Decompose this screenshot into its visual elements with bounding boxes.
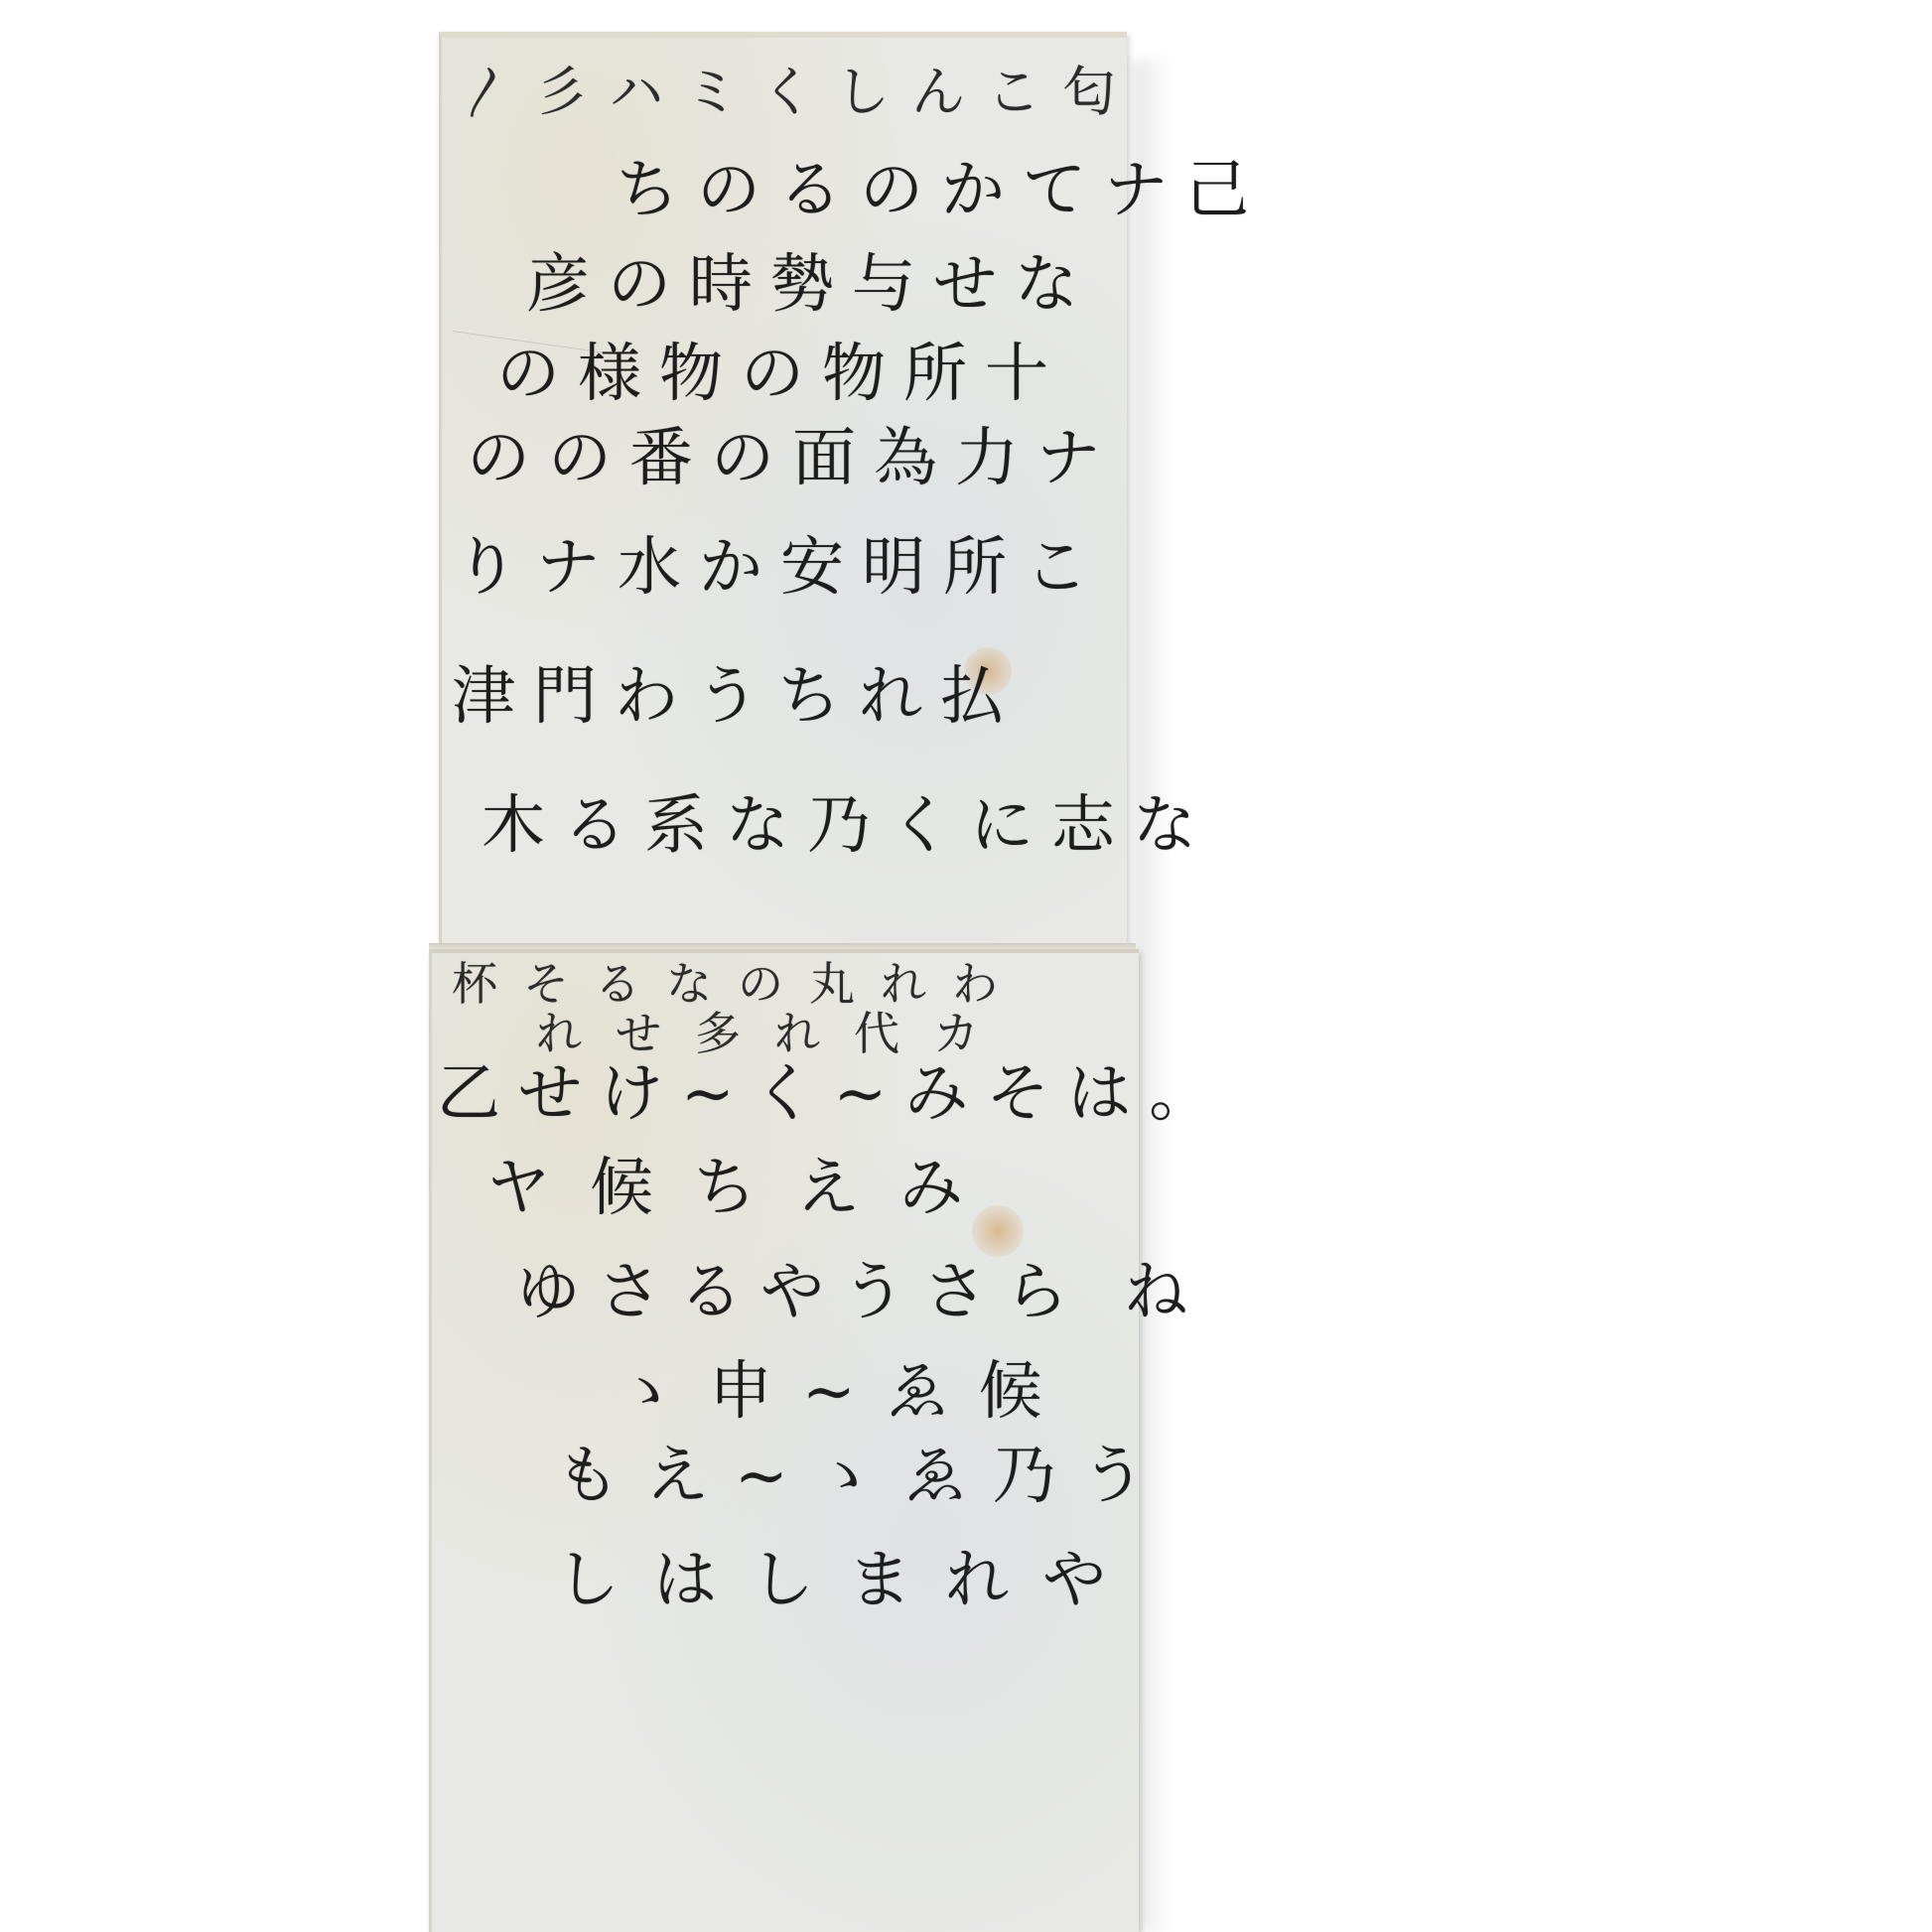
handwriting-row: ちのるのかてナ己 [616, 159, 1267, 222]
handwriting-row: のの番の面為力ナ [467, 427, 1118, 490]
handwriting-row: 木る系な乃くに志な [482, 794, 1214, 858]
handwriting-row: 杯そるなの丸れわ [452, 961, 1024, 1007]
handwriting-row: ヤ候ちえみ [486, 1157, 1003, 1220]
handwriting-row: 津門わうちれ払 [452, 665, 1022, 729]
handwriting-row: ゆさるやうさら ね [516, 1261, 1205, 1324]
handwriting-row: しはしまれや [556, 1549, 1140, 1612]
handwriting-row: 〳彡ハミくしんこ匂 [459, 66, 1138, 119]
handwriting-row: れせ多れ代カ [536, 1011, 1013, 1056]
handwriting-row: の様物の物所十 [496, 343, 1066, 406]
handwriting-row: りナ水か安明所こ [455, 536, 1106, 600]
handwriting-row: もえ~ゝゑ乃う [556, 1445, 1172, 1508]
photo-stage: 〳彡ハミくしんこ匂 ちのるのかてナ己 彦の時勢与せな の様物の物所十 のの番の面… [0, 0, 1932, 1932]
handwriting-row: ゝ申~ゑ候 [616, 1360, 1072, 1424]
handwriting-row: 乙せけ~く~みそは。 [437, 1062, 1230, 1126]
handwriting-row: 彦の時勢与せな [526, 253, 1096, 317]
